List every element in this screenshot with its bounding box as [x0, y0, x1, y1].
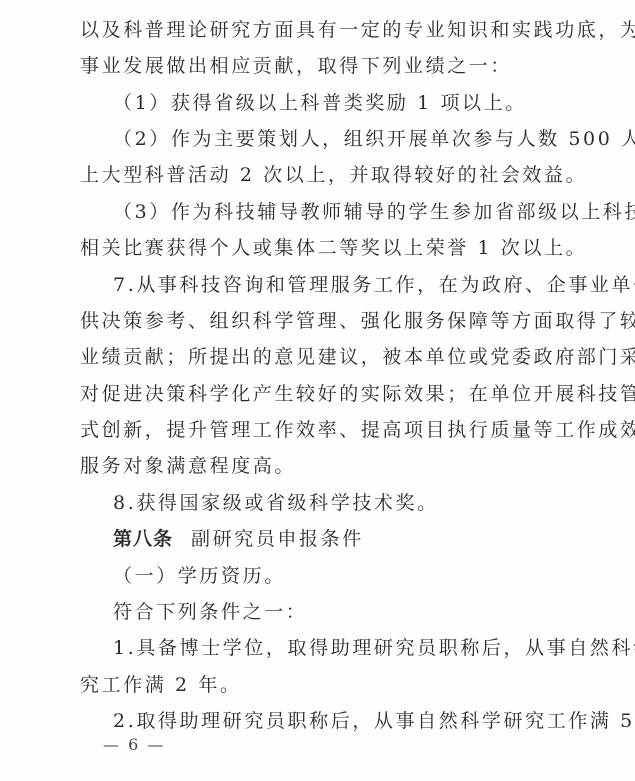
text-line: 上大型科普活动 2 次以上，并取得较好的社会效益。 [80, 163, 560, 187]
section-heading: （一）学历资历。 [113, 564, 593, 588]
text-line: 业绩贡献；所提出的意见建议，被本单位或党委政府部门采纳， [80, 345, 560, 369]
list-item: （1）获得省级以上科普类奖励 1 项以上。 [113, 91, 593, 115]
text-line: 式创新，提升管理工作效率、提高项目执行质量等工作成效明显， [80, 418, 560, 442]
text-line: 符合下列条件之一： [113, 600, 593, 624]
text-line: 对促进决策科学化产生较好的实际效果；在单位开展科技管理方 [80, 382, 560, 406]
article-title: 副研究员申报条件 [191, 528, 364, 550]
list-item: 1.具备博士学位，取得助理研究员职称后，从事自然科学研 [113, 636, 593, 660]
text-line: 供决策参考、组织科学管理、强化服务保障等方面取得了较好的 [80, 309, 560, 333]
text-line: 事业发展做出相应贡献，取得下列业绩之一： [80, 54, 560, 78]
text-line: 相关比赛获得个人或集体二等奖以上荣誉 1 次以上。 [80, 236, 560, 260]
text-line: 究工作满 2 年。 [80, 673, 560, 697]
list-item: 8.获得国家级或省级科学技术奖。 [113, 491, 593, 515]
article-number: 第八条 [113, 528, 173, 550]
list-item: 7.从事科技咨询和管理服务工作，在为政府、企事业单位提 [113, 273, 593, 297]
article-heading: 第八条副研究员申报条件 [113, 527, 593, 551]
list-item: 2.取得助理研究员职称后，从事自然科学研究工作满 5 年。 [113, 709, 593, 733]
text-line: 以及科普理论研究方面具有一定的专业知识和实践功底，为科普 [80, 18, 560, 42]
list-item: （2）作为主要策划人，组织开展单次参与人数 500 人次以 [113, 127, 593, 151]
text-line: 服务对象满意程度高。 [80, 454, 560, 478]
list-item: （3）作为科技辅导教师辅导的学生参加省部级以上科技类 [113, 200, 593, 224]
page-number: — 6 — [103, 735, 165, 754]
document-page: 以及科普理论研究方面具有一定的专业知识和实践功底，为科普 事业发展做出相应贡献，… [0, 0, 635, 781]
